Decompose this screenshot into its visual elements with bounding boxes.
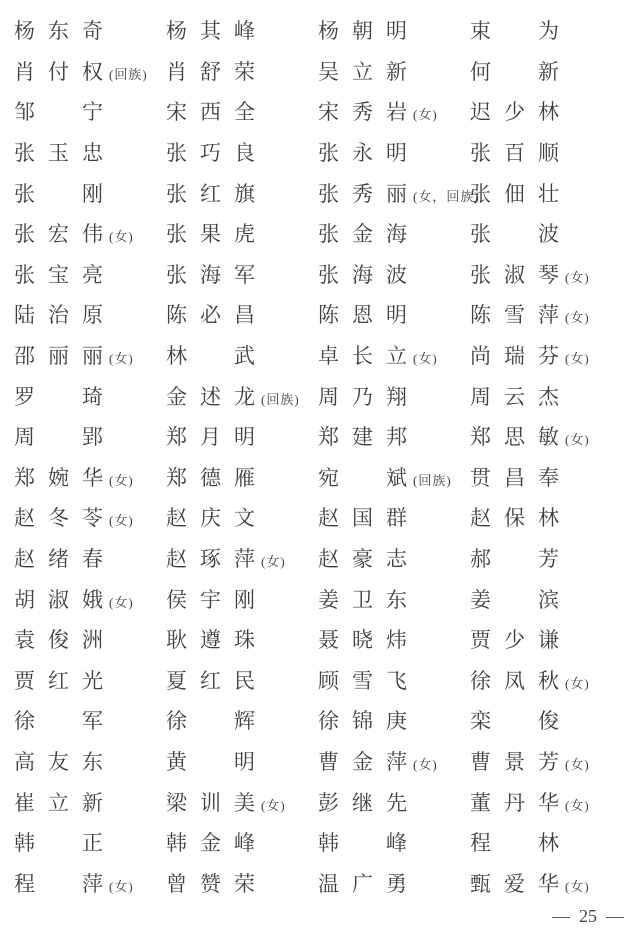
person-name: 尚瑞芬: [470, 344, 572, 368]
name-row: 赵冬苓(女)赵庆文赵国群赵保林: [14, 497, 640, 538]
name-entry: 甄爱华(女): [470, 868, 622, 898]
person-name: 迟少林: [470, 100, 572, 124]
name-entry: 张 波: [470, 218, 622, 248]
person-name: 罗 琦: [14, 385, 116, 409]
name-entry: 梁训美(女): [166, 787, 318, 817]
name-entry: 张海波: [318, 259, 470, 289]
person-note: (女): [109, 229, 134, 244]
name-row: 胡淑娥(女)侯宇刚姜卫东姜 滨: [14, 578, 640, 619]
name-entry: 程 萍(女): [14, 868, 166, 898]
name-row: 杨东奇杨其峰杨朝明束 为: [14, 10, 640, 51]
person-note: (女): [565, 798, 590, 813]
name-entry: 陈必昌: [166, 299, 318, 329]
name-entry: 张果虎: [166, 218, 318, 248]
name-row: 张玉忠张巧良张永明张百顺: [14, 132, 640, 173]
person-note: (女): [261, 798, 286, 813]
name-row: 邹 宁宋西全宋秀岩(女)迟少林: [14, 91, 640, 132]
name-row: 张宏伟(女)张果虎张金海张 波: [14, 213, 640, 254]
name-entry: 曹景芳(女): [470, 746, 622, 776]
name-entry: 董丹华(女): [470, 787, 622, 817]
person-name: 韩金峰: [166, 831, 268, 855]
person-name: 张巧良: [166, 141, 268, 165]
person-name: 郑婉华: [14, 466, 116, 490]
name-entry: 林 武: [166, 340, 318, 370]
name-entry: 贯昌奉: [470, 462, 622, 492]
name-row: 郑婉华(女)郑德雁宛 斌(回族)贯昌奉: [14, 457, 640, 498]
name-entry: 赵琢萍(女): [166, 543, 318, 573]
person-name: 赵国群: [318, 506, 420, 530]
person-note: (女): [565, 432, 590, 447]
name-entry: 周 郢: [14, 421, 166, 451]
name-entry: 张百顺: [470, 137, 622, 167]
person-name: 邹 宁: [14, 100, 116, 124]
name-row: 周 郢郑月明郑建邦郑思敏(女): [14, 416, 640, 457]
person-name: 宛 斌: [318, 466, 420, 490]
person-name: 赵琢萍: [166, 547, 268, 571]
person-name: 高友东: [14, 750, 116, 774]
person-name: 彭继先: [318, 791, 420, 815]
person-name: 曹景芳: [470, 750, 572, 774]
name-entry: 周乃翔: [318, 381, 470, 411]
person-name: 张果虎: [166, 222, 268, 246]
person-note: (女): [261, 554, 286, 569]
person-name: 陈必昌: [166, 303, 268, 327]
person-name: 侯宇刚: [166, 588, 268, 612]
person-name: 韩 峰: [318, 831, 420, 855]
person-name: 陈雪萍: [470, 303, 572, 327]
name-entry: 何 新: [470, 56, 622, 86]
name-entry: 郝 芳: [470, 543, 622, 573]
person-name: 束 为: [470, 19, 572, 43]
name-entry: 赵国群: [318, 502, 470, 532]
person-name: 赵豪志: [318, 547, 420, 571]
name-entry: 聂晓炜: [318, 624, 470, 654]
person-name: 韩 正: [14, 831, 116, 855]
person-note: (女): [565, 757, 590, 772]
name-entry: 杨其峰: [166, 15, 318, 45]
name-entry: 胡淑娥(女): [14, 584, 166, 614]
name-entry: 郑婉华(女): [14, 462, 166, 492]
person-note: (女): [565, 310, 590, 325]
name-entry: 高友东: [14, 746, 166, 776]
name-row: 崔立新梁训美(女)彭继先董丹华(女): [14, 781, 640, 822]
name-entry: 姜卫东: [318, 584, 470, 614]
person-name: 张淑琴: [470, 263, 572, 287]
name-entry: 陈恩明: [318, 299, 470, 329]
name-entry: 栾 俊: [470, 705, 622, 735]
person-note: (女): [109, 351, 134, 366]
person-name: 徐凤秋: [470, 669, 572, 693]
name-entry: 崔立新: [14, 787, 166, 817]
name-entry: 郑德雁: [166, 462, 318, 492]
person-name: 聂晓炜: [318, 628, 420, 652]
person-name: 陆治原: [14, 303, 116, 327]
name-row: 张 刚张红旗张秀丽(女，回族)张佃壮: [14, 172, 640, 213]
name-entry: 卓长立(女): [318, 340, 470, 370]
name-entry: 尚瑞芬(女): [470, 340, 622, 370]
person-name: 徐 军: [14, 709, 116, 733]
person-name: 周云杰: [470, 385, 572, 409]
person-name: 赵保林: [470, 506, 572, 530]
person-name: 张海波: [318, 263, 420, 287]
name-entry: 张 刚: [14, 178, 166, 208]
person-note: (女): [413, 107, 438, 122]
person-name: 梁训美: [166, 791, 268, 815]
name-entry: 张宏伟(女): [14, 218, 166, 248]
name-entry: 郑月明: [166, 421, 318, 451]
name-entry: 赵庆文: [166, 502, 318, 532]
person-note: (女): [109, 879, 134, 894]
name-entry: 宛 斌(回族): [318, 462, 470, 492]
person-name: 耿遵珠: [166, 628, 268, 652]
name-entry: 肖付权(回族): [14, 56, 166, 86]
person-note: (女): [109, 513, 134, 528]
page-number: — 25 —: [552, 906, 624, 927]
names-grid: 杨东奇杨其峰杨朝明束 为肖付权(回族)肖舒荣吴立新何 新邹 宁宋西全宋秀岩(女)…: [14, 10, 640, 903]
person-name: 金述龙: [166, 385, 268, 409]
name-row: 韩 正韩金峰韩 峰程 林: [14, 822, 640, 863]
person-name: 赵冬苓: [14, 506, 116, 530]
person-name: 程 林: [470, 831, 572, 855]
name-entry: 贾红光: [14, 665, 166, 695]
person-name: 杨其峰: [166, 19, 268, 43]
name-entry: 陈雪萍(女): [470, 299, 622, 329]
person-name: 宋秀岩: [318, 100, 420, 124]
person-name: 郑月明: [166, 425, 268, 449]
name-entry: 郑思敏(女): [470, 421, 622, 451]
person-note: (回族): [413, 473, 452, 488]
person-name: 郑德雁: [166, 466, 268, 490]
name-entry: 周云杰: [470, 381, 622, 411]
person-name: 甄爱华: [470, 872, 572, 896]
person-name: 杨朝明: [318, 19, 420, 43]
person-name: 吴立新: [318, 60, 420, 84]
person-name: 肖舒荣: [166, 60, 268, 84]
person-name: 贾红光: [14, 669, 116, 693]
person-note: (女): [413, 351, 438, 366]
name-entry: 张宝亮: [14, 259, 166, 289]
person-name: 姜卫东: [318, 588, 420, 612]
person-name: 郑建邦: [318, 425, 420, 449]
name-entry: 杨朝明: [318, 15, 470, 45]
person-name: 陈恩明: [318, 303, 420, 327]
name-row: 赵绪春赵琢萍(女)赵豪志郝 芳: [14, 538, 640, 579]
person-name: 贯昌奉: [470, 466, 572, 490]
person-name: 袁俊洲: [14, 628, 116, 652]
name-entry: 张淑琴(女): [470, 259, 622, 289]
name-entry: 邵丽丽(女): [14, 340, 166, 370]
name-entry: 袁俊洲: [14, 624, 166, 654]
person-note: (女): [565, 676, 590, 691]
person-name: 程 萍: [14, 872, 116, 896]
name-row: 贾红光夏红民顾雪飞徐凤秋(女): [14, 660, 640, 701]
name-entry: 程 林: [470, 827, 622, 857]
person-name: 卓长立: [318, 344, 420, 368]
person-name: 肖付权: [14, 60, 116, 84]
person-name: 杨东奇: [14, 19, 116, 43]
name-entry: 赵豪志: [318, 543, 470, 573]
name-row: 程 萍(女)曾赞荣温广勇甄爱华(女): [14, 862, 640, 903]
person-note: (女): [109, 595, 134, 610]
person-note: (回族): [261, 392, 300, 407]
person-name: 崔立新: [14, 791, 116, 815]
person-name: 黄 明: [166, 750, 268, 774]
person-name: 栾 俊: [470, 709, 572, 733]
name-entry: 贾少谦: [470, 624, 622, 654]
person-note: (女): [109, 473, 134, 488]
name-entry: 黄 明: [166, 746, 318, 776]
name-entry: 罗 琦: [14, 381, 166, 411]
name-entry: 束 为: [470, 15, 622, 45]
name-entry: 赵冬苓(女): [14, 502, 166, 532]
name-entry: 赵保林: [470, 502, 622, 532]
name-entry: 张永明: [318, 137, 470, 167]
name-entry: 温广勇: [318, 868, 470, 898]
person-note: (女): [565, 351, 590, 366]
name-entry: 张巧良: [166, 137, 318, 167]
name-entry: 邹 宁: [14, 96, 166, 126]
name-entry: 张秀丽(女，回族): [318, 178, 470, 208]
name-entry: 彭继先: [318, 787, 470, 817]
person-name: 赵绪春: [14, 547, 116, 571]
person-name: 张海军: [166, 263, 268, 287]
person-note: (女): [565, 879, 590, 894]
person-name: 温广勇: [318, 872, 420, 896]
person-name: 张宝亮: [14, 263, 116, 287]
name-row: 张宝亮张海军张海波张淑琴(女): [14, 254, 640, 295]
person-name: 周 郢: [14, 425, 116, 449]
name-entry: 韩金峰: [166, 827, 318, 857]
person-name: 张金海: [318, 222, 420, 246]
name-entry: 徐凤秋(女): [470, 665, 622, 695]
name-entry: 韩 峰: [318, 827, 470, 857]
name-row: 陆治原陈必昌陈恩明陈雪萍(女): [14, 294, 640, 335]
person-name: 徐 辉: [166, 709, 268, 733]
person-name: 张红旗: [166, 182, 268, 206]
name-entry: 吴立新: [318, 56, 470, 86]
person-name: 徐锦庚: [318, 709, 420, 733]
name-row: 罗 琦金述龙(回族)周乃翔周云杰: [14, 375, 640, 416]
name-entry: 张海军: [166, 259, 318, 289]
person-name: 张佃壮: [470, 182, 572, 206]
name-entry: 肖舒荣: [166, 56, 318, 86]
name-entry: 陆治原: [14, 299, 166, 329]
name-entry: 迟少林: [470, 96, 622, 126]
person-name: 曾赞荣: [166, 872, 268, 896]
person-note: (女): [413, 757, 438, 772]
person-name: 郝 芳: [470, 547, 572, 571]
name-row: 肖付权(回族)肖舒荣吴立新何 新: [14, 51, 640, 92]
person-name: 林 武: [166, 344, 268, 368]
name-entry: 耿遵珠: [166, 624, 318, 654]
person-name: 宋西全: [166, 100, 268, 124]
name-row: 高友东黄 明曹金萍(女)曹景芳(女): [14, 741, 640, 782]
name-entry: 张金海: [318, 218, 470, 248]
person-note: (回族): [109, 67, 148, 82]
name-entry: 侯宇刚: [166, 584, 318, 614]
person-name: 曹金萍: [318, 750, 420, 774]
name-entry: 徐锦庚: [318, 705, 470, 735]
person-name: 张秀丽: [318, 182, 420, 206]
name-entry: 郑建邦: [318, 421, 470, 451]
person-note: (女): [565, 270, 590, 285]
person-name: 赵庆文: [166, 506, 268, 530]
name-entry: 徐 辉: [166, 705, 318, 735]
name-entry: 曾赞荣: [166, 868, 318, 898]
name-entry: 姜 滨: [470, 584, 622, 614]
name-row: 徐 军徐 辉徐锦庚栾 俊: [14, 700, 640, 741]
person-name: 张玉忠: [14, 141, 116, 165]
name-entry: 曹金萍(女): [318, 746, 470, 776]
person-name: 夏红民: [166, 669, 268, 693]
name-entry: 金述龙(回族): [166, 381, 318, 411]
person-name: 顾雪飞: [318, 669, 420, 693]
person-name: 胡淑娥: [14, 588, 116, 612]
person-name: 张 波: [470, 222, 572, 246]
name-entry: 韩 正: [14, 827, 166, 857]
name-row: 袁俊洲耿遵珠聂晓炜贾少谦: [14, 619, 640, 660]
name-entry: 夏红民: [166, 665, 318, 695]
person-name: 张百顺: [470, 141, 572, 165]
person-name: 姜 滨: [470, 588, 572, 612]
name-entry: 赵绪春: [14, 543, 166, 573]
name-entry: 张佃壮: [470, 178, 622, 208]
name-entry: 宋秀岩(女): [318, 96, 470, 126]
name-entry: 杨东奇: [14, 15, 166, 45]
name-entry: 徐 军: [14, 705, 166, 735]
person-name: 郑思敏: [470, 425, 572, 449]
name-row: 邵丽丽(女)林 武卓长立(女)尚瑞芬(女): [14, 335, 640, 376]
name-entry: 张红旗: [166, 178, 318, 208]
name-entry: 宋西全: [166, 96, 318, 126]
person-name: 邵丽丽: [14, 344, 116, 368]
person-name: 董丹华: [470, 791, 572, 815]
person-name: 贾少谦: [470, 628, 572, 652]
name-entry: 张玉忠: [14, 137, 166, 167]
person-name: 何 新: [470, 60, 572, 84]
name-entry: 顾雪飞: [318, 665, 470, 695]
document-page: 杨东奇杨其峰杨朝明束 为肖付权(回族)肖舒荣吴立新何 新邹 宁宋西全宋秀岩(女)…: [0, 0, 640, 947]
person-name: 张永明: [318, 141, 420, 165]
person-name: 张宏伟: [14, 222, 116, 246]
person-name: 周乃翔: [318, 385, 420, 409]
person-name: 张 刚: [14, 182, 116, 206]
